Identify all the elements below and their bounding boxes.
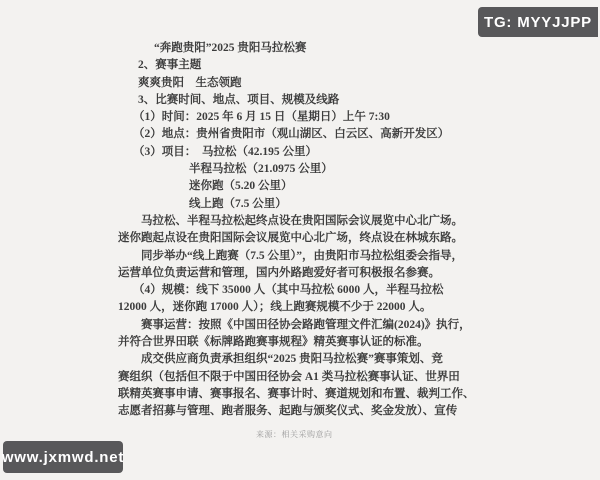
document-line: 赛事运营：按照《中国田径协会路跑管理文件汇编(2024)》执行， [118,317,463,334]
document-line: “奔跑贵阳”2025 贵阳马拉松赛 [118,40,463,57]
source-note: 来源：相关采购意向 [118,426,463,443]
document-line: 迷你跑起点设在贵阳国际会议展览中心北广场，终点设在林城东路。 [118,230,463,247]
document-line: 运营单位负责运营和管理，国内外路跑爱好者可积极报名参赛。 [118,265,463,282]
document-line: （1）时间：2025 年 6 月 15 日（星期日）上午 7:30 [118,109,463,126]
document-line: 马拉松、半程马拉松起终点设在贵阳国际会议展览中心北广场。 [118,213,463,230]
screenshot-root: “奔跑贵阳”2025 贵阳马拉松赛2、赛事主题爽爽贵阳 生态领跑3、比赛时间、地… [0,0,600,480]
document-line: （2）地点：贵州省贵阳市（观山湖区、白云区、高新开发区） [118,126,463,143]
document-line: 2、赛事主题 [118,57,463,74]
document-line: 迷你跑（5.20 公里） [118,178,463,195]
document-line: 线上跑（7.5 公里） [118,196,463,213]
website-watermark-badge: www.jxmwd.net [3,441,123,473]
document-line: 3、比赛时间、地点、项目、规模及线路 [118,92,463,109]
document-line: （4）规模：线下 35000 人（其中马拉松 6000 人，半程马拉松 [118,282,463,299]
document-line: 爽爽贵阳 生态领跑 [118,75,463,92]
document-page: “奔跑贵阳”2025 贵阳马拉松赛2、赛事主题爽爽贵阳 生态领跑3、比赛时间、地… [118,40,463,443]
document-line: 赛组织（包括但不限于中国田径协会 A1 类马拉松赛事认证、世界田 [118,369,463,386]
document-line: 12000 人，迷你跑 17000 人）；线上跑赛规模不少于 22000 人。 [118,299,463,316]
document-line: 同步举办“线上跑赛（7.5 公里）”，由贵阳市马拉松组委会指导， [118,248,463,265]
telegram-watermark-badge: TG: MYYJJPP [478,7,598,37]
document-line: 志愿者招募与管理、跑者服务、起跑与颁奖仪式、奖金发放）、宣传 [118,403,463,420]
document-line: （3）项目： 马拉松（42.195 公里） [118,144,463,161]
document-line: 成交供应商负责承担组织“2025 贵阳马拉松赛”赛事策划、竞 [118,351,463,368]
document-line: 半程马拉松（21.0975 公里） [118,161,463,178]
document-line: 并符合世界田联《标牌路跑赛事规程》精英赛事认证的标准。 [118,334,463,351]
document-line: 联精英赛事申请、赛事报名、赛事计时、赛道规划和布置、裁判工作、 [118,386,463,403]
